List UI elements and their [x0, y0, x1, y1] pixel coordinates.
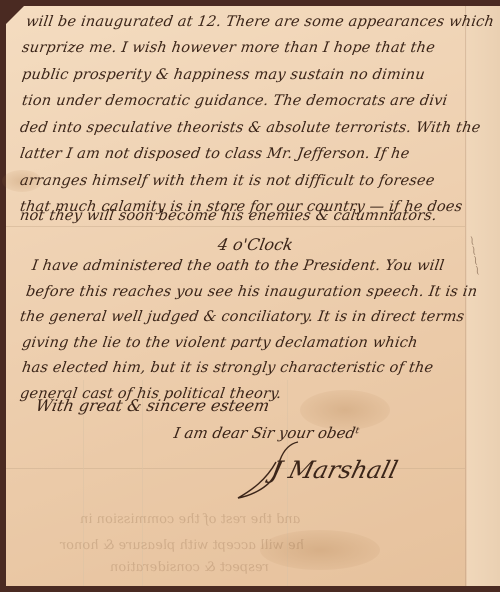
closing-salutation: With great & sincere esteem — [34, 396, 271, 415]
text-line: public prosperity & happiness may sustai… — [21, 67, 426, 83]
bleed-through-text: respect & consideration — [109, 560, 270, 575]
text-line: has elected him, but it is strongly char… — [21, 360, 435, 376]
text-line: surprize me. I wish however more than I … — [21, 40, 436, 56]
text-line: the general well judged & conciliatory. … — [19, 309, 465, 325]
bleed-through-text: and the rest of the commission in — [79, 512, 302, 527]
text-line: ded into speculative theorists & absolut… — [19, 120, 482, 136]
bleed-through-text: he will accept with pleasure & honor — [59, 538, 305, 553]
text-line: I have administered the oath to the Pres… — [31, 258, 445, 274]
text-line: will be inaugurated at 12. There are som… — [25, 14, 495, 30]
signature: J Marshall — [269, 456, 401, 484]
horizontal-fold — [6, 226, 465, 227]
text-line: giving the lie to the violent party decl… — [21, 335, 419, 351]
time-heading: 4 o'Clock — [216, 235, 294, 254]
text-line: before this reaches you see his inaugura… — [25, 284, 478, 300]
text-line: arranges himself with them it is not dif… — [19, 173, 436, 189]
text-line: tion under democratic guidance. The demo… — [21, 93, 449, 109]
text-line: latter I am not disposed to class Mr. Je… — [19, 146, 411, 162]
text-line: not they will soon become his enemies & … — [19, 208, 438, 224]
